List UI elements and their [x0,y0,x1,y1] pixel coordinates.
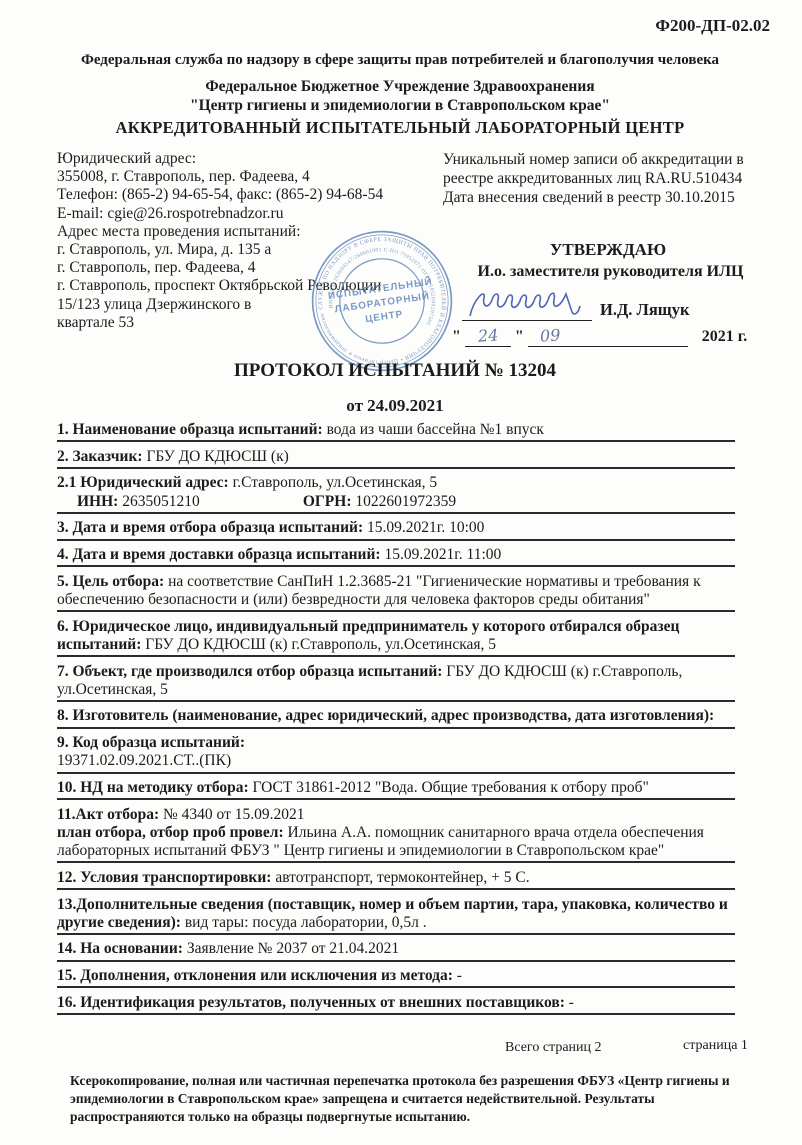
signature-scribble [462,286,590,320]
item-7-sampling-object: 7. Объект, где производился отбор образц… [57,662,735,702]
item-14-basis: 14. На основании: Заявление № 2037 от 21… [57,939,735,961]
item-value: - [569,994,574,1011]
item-4-delivery-datetime: 4. Дата и время доставки образца испытан… [57,545,735,567]
item-13-additional-info: 13.Дополнительные сведения (поставщик, н… [57,895,735,935]
approval-date-line: " 24 " 09 2021 г. [452,326,752,347]
accredited-lab-title: АККРЕДИТОВАННЫЙ ИСПЫТАТЕЛЬНЫЙ ЛАБОРАТОРН… [40,118,760,138]
ogrn-label: ОГРН: [303,493,352,510]
item-value: вода из чаши бассейна №1 впуск [327,421,544,438]
item-9-sample-code: 9. Код образца испытаний: 19371.02.09.20… [57,733,735,773]
accreditation-block: Уникальный номер записи об аккредитации … [443,150,783,207]
item-value: - [457,967,462,984]
ogrn-value: 1022601972359 [355,493,456,510]
item-label: 1. Наименование образца испытаний: [57,421,323,438]
approve-title: УТВЕРЖДАЮ [443,240,773,260]
handwritten-day: 24 [477,325,499,345]
ogrn-part: ОГРН: 1022601972359 [303,493,456,510]
item-label: 15. Дополнения, отклонения или исключени… [57,967,453,984]
email-line: E-mail: cgie@26.rospotrebnadzor.ru [57,205,457,223]
stamp-center-line3: ЦЕНТР [365,309,404,325]
handwritten-month: 09 [539,325,561,345]
item-label: 2.1 Юридический адрес: [57,474,229,491]
item-value: автотранспорт, термоконтейнер, + 5 С. [275,869,529,886]
item-8-manufacturer: 8. Изготовитель (наименование, адрес юри… [57,706,735,728]
form-code: Ф200-ДП-02.02 [655,16,770,36]
item-label: 11.Акт отбора: [57,806,159,823]
current-page: страница 1 [683,1038,748,1054]
item-label-2: план отбора, отбор проб провел: [57,824,284,841]
item-label: 2. Заказчик: [57,448,143,465]
legal-address-line: 2.1 Юридический адрес: г.Ставрополь, ул.… [57,474,735,492]
item-value: ГОСТ 31861-2012 "Вода. Общие требования … [253,779,649,796]
protocol-document-page: Ф200-ДП-02.02 Федеральная служба по надз… [0,0,802,1145]
quote-close: " [515,328,524,345]
approval-month-field: 09 [528,326,688,347]
protocol-items: 1. Наименование образца испытаний: вода … [57,420,735,1020]
item-label: 12. Условия транспортировки: [57,869,271,886]
item-2-1-legal-address: 2.1 Юридический адрес: г.Ставрополь, ул.… [57,473,735,513]
item-label: 4. Дата и время доставки образца испытан… [57,546,381,563]
protocol-title: ПРОТОКОЛ ИСПЫТАНИЙ № 13204 [40,360,750,382]
institution-name: Федеральное Бюджетное Учреждение Здравоо… [40,78,760,96]
act-line: 11.Акт отбора: № 4340 от 15.09.2021 [57,806,735,824]
center-name: "Центр гигиены и эпидемиологии в Ставроп… [40,97,760,115]
item-12-transport-conditions: 12. Условия транспортировки: автотранспо… [57,868,735,890]
item-value: 15.09.2021г. 10:00 [367,519,484,536]
item-11-sampling-act: 11.Акт отбора: № 4340 от 15.09.2021 план… [57,805,735,864]
total-pages: Всего страниц 2 [505,1040,602,1056]
item-1-sample-name: 1. Наименование образца испытаний: вода … [57,420,735,442]
protocol-date: от 24.09.2021 [40,396,750,416]
item-value: г.Ставрополь, ул.Осетинская, 5 [233,474,438,491]
item-label: 3. Дата и время отбора образца испытаний… [57,519,363,536]
item-value: ГБУ ДО КДЮСШ (к) [146,448,288,465]
item-6-legal-entity: 6. Юридическое лицо, индивидуальный пред… [57,617,735,657]
copy-prohibition-notice: Ксерокопирование, полная или частичная п… [70,1072,738,1126]
item-label: 8. Изготовитель (наименование, адрес юри… [57,707,714,724]
accreditation-number: Уникальный номер записи об аккредитации … [443,150,783,188]
approval-year: 2021 г. [702,328,747,345]
item-label: 9. Код образца испытаний: [57,734,245,751]
item-label: 16. Идентификация результатов, полученны… [57,994,565,1011]
sampler-line: план отбора, отбор проб провел: Ильина А… [57,824,735,860]
approval-day-field: 24 [465,326,511,347]
legal-address-label: Юридический адрес: [57,150,457,168]
legal-address-value: 355008, г. Ставрополь, пер. Фадеева, 4 [57,168,457,186]
inn-ogrn-line: ИНН: 2635051210 ОГРН: 1022601972359 [57,493,735,511]
federal-service-name: Федеральная служба по надзору в сфере за… [40,52,760,69]
approver-name: И.Д. Лящук [600,300,689,320]
item-label: 5. Цель отбора: [57,573,164,590]
item-2-customer: 2. Заказчик: ГБУ ДО КДЮСШ (к) [57,447,735,469]
item-value: 15.09.2021г. 11:00 [384,546,501,563]
accreditation-date: Дата внесения сведений в реестр 30.10.20… [443,188,783,207]
item-value: № 4340 от 15.09.2021 [163,806,304,823]
item-value: ГБУ ДО КДЮСШ (к) г.Ставрополь, ул.Осетин… [145,636,496,653]
item-3-sampling-datetime: 3. Дата и время отбора образца испытаний… [57,518,735,540]
item-10-sampling-method: 10. НД на методику отбора: ГОСТ 31861-20… [57,778,735,800]
approver-role: И.о. заместителя руководителя ИЛЦ [438,263,783,281]
inn-part: ИНН: 2635051210 [77,493,299,511]
item-value: Заявление № 2037 от 21.04.2021 [187,940,399,957]
inn-value: 2635051210 [122,493,200,510]
item-label: 14. На основании: [57,940,183,957]
item-label: 7. Объект, где производился отбор образц… [57,663,442,680]
item-label: 10. НД на методику отбора: [57,779,249,796]
item-value: вид тары: посуда лаборатории, 0,5л . [185,914,427,931]
item-16-external-results: 16. Идентификация результатов, полученны… [57,993,735,1015]
signature-area [462,286,592,321]
item-15-deviations: 15. Дополнения, отклонения или исключени… [57,966,735,988]
sample-code-value: 19371.02.09.2021.СТ..(ПК) [57,752,735,770]
inn-label: ИНН: [77,493,118,510]
item-5-sampling-purpose: 5. Цель отбора: на соответствие СанПиН 1… [57,572,735,612]
phone-fax-line: Телефон: (865-2) 94-65-54, факс: (865-2)… [57,186,457,204]
